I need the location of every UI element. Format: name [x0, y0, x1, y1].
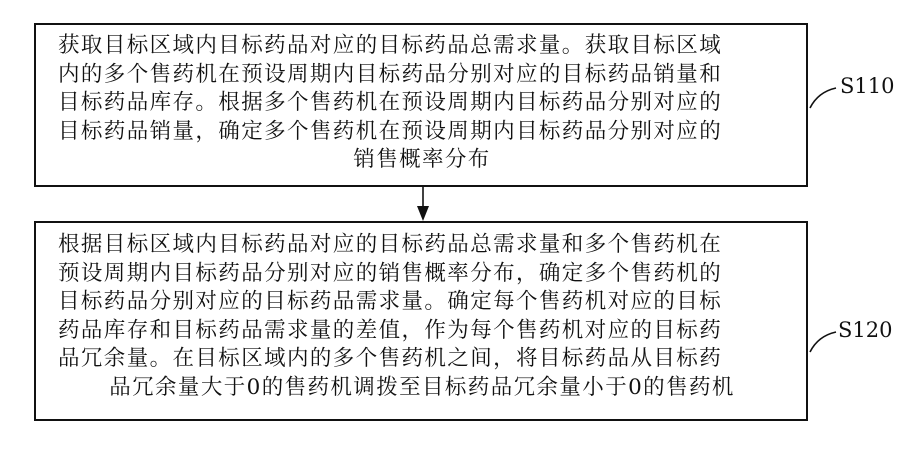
- step-line: 销售概率分布: [58, 146, 786, 175]
- step-text-s120: 根据目标区域内目标药品对应的目标药品总需求量和多个售药机在 预设周期内目标药品分…: [58, 231, 786, 402]
- step-box-s110: 获取目标区域内目标药品对应的目标药品总需求量。获取目标区域 内的多个售药机在预设…: [34, 23, 808, 187]
- step-line: 品冗余量。在目标区域内的多个售药机之间，将目标药品从目标药: [58, 345, 786, 374]
- step-line: 预设周期内目标药品分别对应的销售概率分布，确定多个售药机的: [58, 260, 786, 289]
- step-line: 内的多个售药机在预设周期内目标药品分别对应的目标药品销量和: [58, 61, 786, 90]
- arrow-down-icon: [415, 186, 431, 222]
- step-text-s110: 获取目标区域内目标药品对应的目标药品总需求量。获取目标区域 内的多个售药机在预设…: [58, 32, 786, 175]
- step-label-s120: S120: [838, 318, 892, 342]
- step-box-s120: 根据目标区域内目标药品对应的目标药品总需求量和多个售药机在 预设周期内目标药品分…: [34, 221, 808, 421]
- step-line: 获取目标区域内目标药品对应的目标药品总需求量。获取目标区域: [58, 32, 786, 61]
- step-label-s110: S110: [840, 74, 894, 98]
- step-line: 目标药品销量，确定多个售药机在预设周期内目标药品分别对应的: [58, 118, 786, 147]
- step-line: 品冗余量大于0的售药机调拨至目标药品冗余量小于0的售药机: [58, 374, 786, 403]
- step-line: 根据目标区域内目标药品对应的目标药品总需求量和多个售药机在: [58, 231, 786, 260]
- step-line: 药品库存和目标药品需求量的差值，作为每个售药机对应的目标药: [58, 317, 786, 346]
- step-line: 目标药品库存。根据多个售药机在预设周期内目标药品分别对应的: [58, 89, 786, 118]
- step-line: 目标药品分别对应的目标药品需求量。确定每个售药机对应的目标: [58, 288, 786, 317]
